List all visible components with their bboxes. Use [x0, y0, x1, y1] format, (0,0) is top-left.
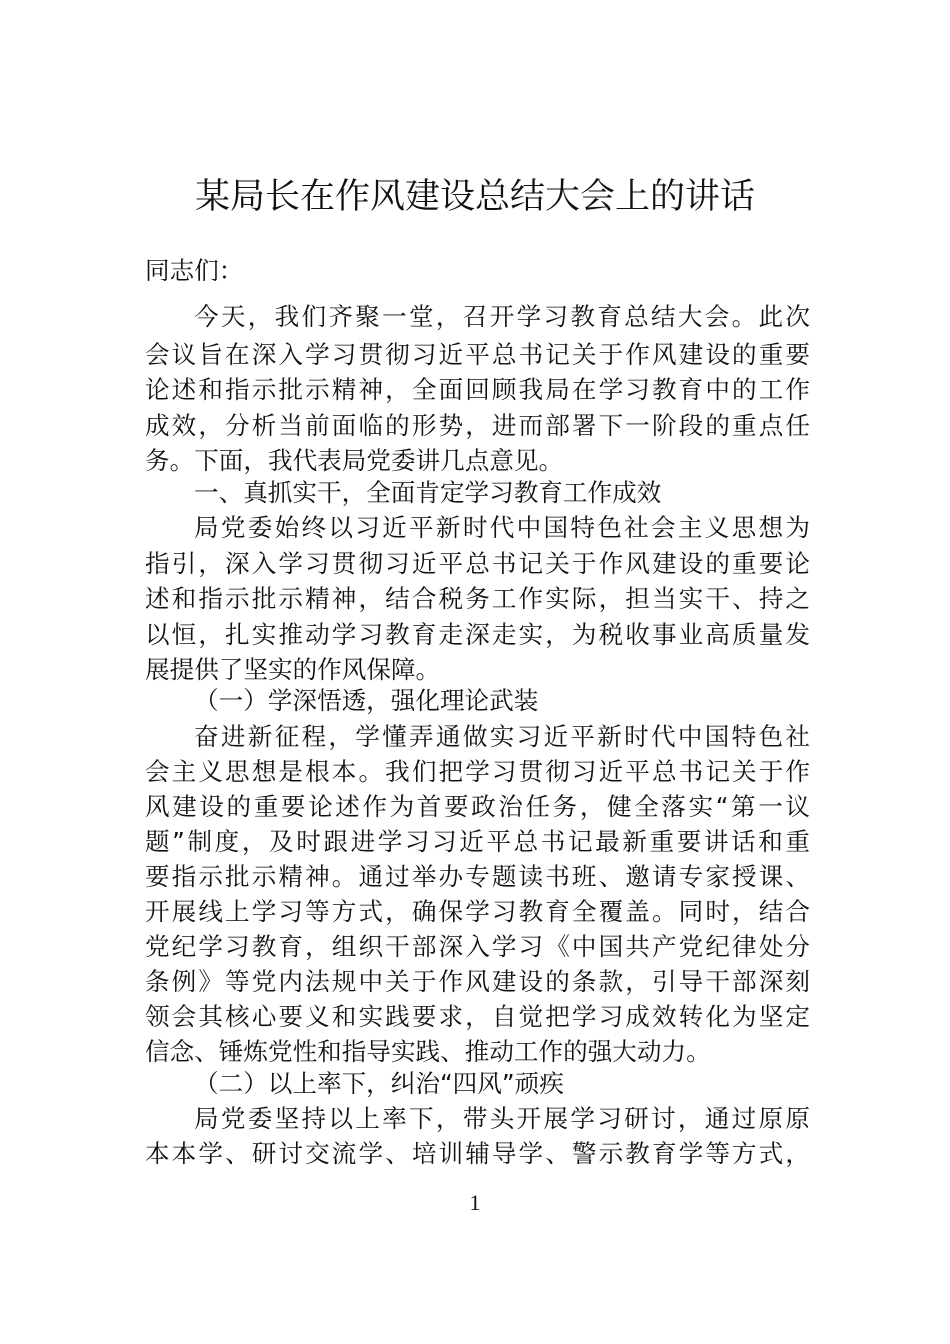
paragraph-line: 本本学、研讨交流学、培训辅导学、警示教育学等方式，: [145, 1136, 810, 1172]
paragraph-line: 局党委始终以习近平新时代中国特色社会主义思想为: [194, 510, 810, 546]
paragraph-line: 成效，分析当前面临的形势，进而部署下一阶段的重点任: [145, 408, 810, 444]
paragraph-line: 指引，深入学习贯彻习近平总书记关于作风建设的重要论: [145, 546, 810, 582]
paragraph-line: 党纪学习教育，组织干部深入学习《中国共产党纪律处分: [145, 929, 810, 965]
paragraph-line: 述和指示批示精神，结合税务工作实际，担当实干、持之: [145, 581, 810, 617]
section-heading-1: 一、真抓实干，全面肯定学习教育工作成效: [194, 475, 810, 511]
document-title: 某局长在作风建设总结大会上的讲话: [0, 172, 950, 222]
paragraph-line: 以恒，扎实推动学习教育走深走实，为税收事业高质量发: [145, 617, 810, 653]
paragraph-line: 条例》等党内法规中关于作风建设的条款，引导干部深刻: [145, 964, 810, 1000]
subsection-heading-2: （二）以上率下，纠治“四风”顽疾: [194, 1066, 810, 1102]
salutation: 同志们：: [145, 253, 810, 289]
paragraph-line: 信念、锤炼党性和指导实践、推动工作的强大动力。: [145, 1034, 810, 1070]
paragraph-line: 论述和指示批示精神，全面回顾我局在学习教育中的工作: [145, 372, 810, 408]
paragraph-line: 局党委坚持以上率下，带头开展学习研讨，通过原原: [194, 1101, 810, 1137]
document-page: 某局长在作风建设总结大会上的讲话 同志们： 今天，我们齐聚一堂，召开学习教育总结…: [0, 0, 950, 1344]
paragraph-line: 题”制度，及时跟进学习习近平总书记最新重要讲话和重: [145, 824, 810, 860]
paragraph-line: 会主义思想是根本。我们把学习贯彻习近平总书记关于作: [145, 754, 810, 790]
paragraph-line: 奋进新征程，学懂弄通做实习近平新时代中国特色社: [194, 719, 810, 755]
subsection-heading-1: （一）学深悟透，强化理论武装: [194, 683, 810, 719]
paragraph-line: 领会其核心要义和实践要求，自觉把学习成效转化为坚定: [145, 999, 810, 1035]
paragraph-line: 开展线上学习等方式，确保学习教育全覆盖。同时，结合: [145, 894, 810, 930]
page-number: 1: [0, 1188, 950, 1218]
paragraph-line: 今天，我们齐聚一堂，召开学习教育总结大会。此次: [194, 299, 810, 335]
paragraph-line: 务。下面，我代表局党委讲几点意见。: [145, 443, 810, 479]
paragraph-line: 风建设的重要论述作为首要政治任务，健全落实“第一议: [145, 789, 810, 825]
paragraph-line: 要指示批示精神。通过举办专题读书班、邀请专家授课、: [145, 859, 810, 895]
paragraph-line: 会议旨在深入学习贯彻习近平总书记关于作风建设的重要: [145, 337, 810, 373]
